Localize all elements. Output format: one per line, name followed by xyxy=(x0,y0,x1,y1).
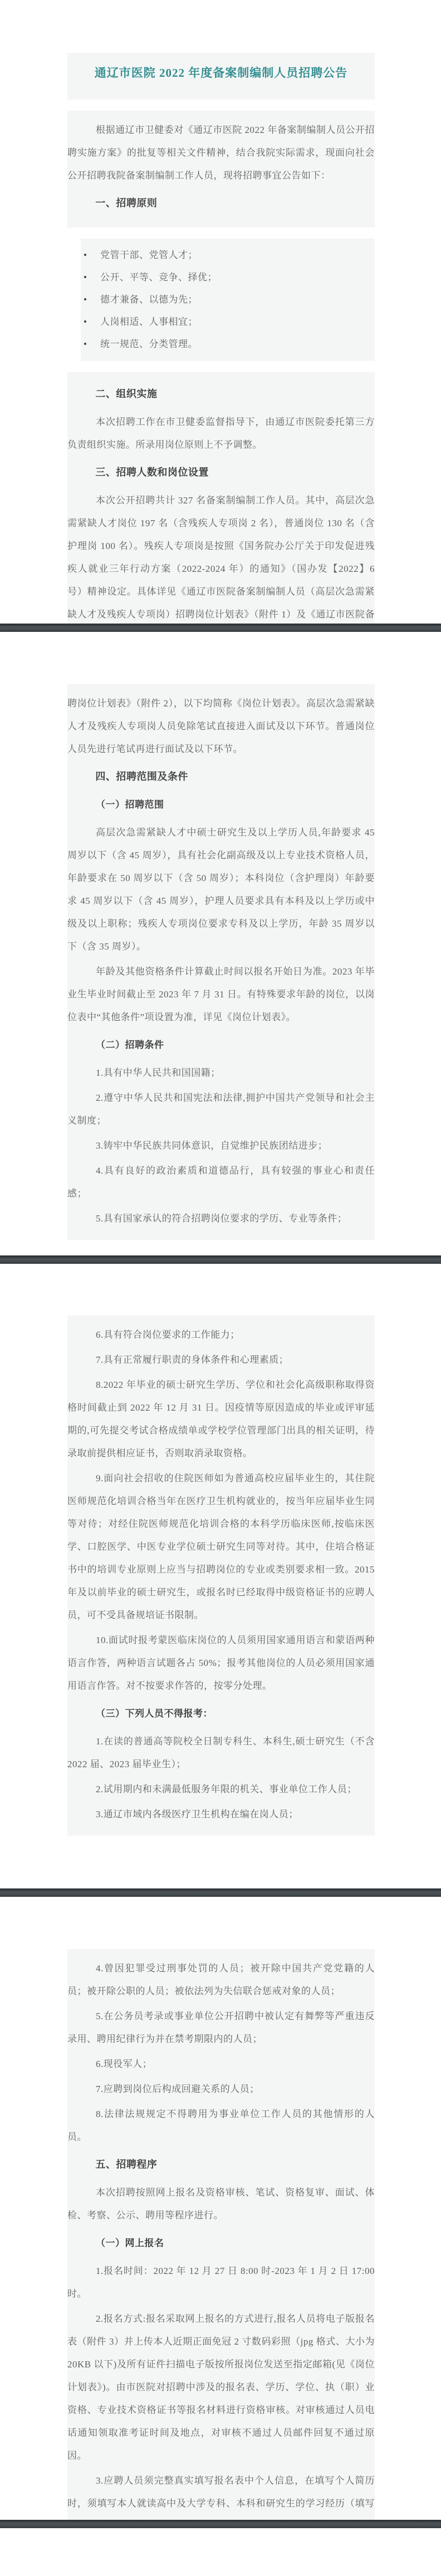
bullet-dot-icon: • xyxy=(81,266,100,289)
paragraph: 3.通辽市域内各级医疗卫生机构在编在岗人员； xyxy=(67,1803,375,1826)
paragraph: 8.法律法规规定不得聘用为事业单位工作人员的其他情形的人员。 xyxy=(67,2103,375,2148)
paragraph: 3.铸牢中华民族共同体意识，自觉维护民族团结进步； xyxy=(67,1134,375,1157)
paragraph: 7.具有正常履行职责的身体条件和心理素质； xyxy=(67,1348,375,1371)
text-block: 聘岗位计划表》（附件 2），以下均简称《岗位计划表》。高层次急需紧缺人才及残疾人… xyxy=(67,684,375,1240)
text-block: 4.曾因犯罪受过刑事处罚的人员；被开除中国共产党党籍的人员；被开除公职的人员；被… xyxy=(67,1949,375,2520)
document-page-2: 聘岗位计划表》（附件 2），以下均简称《岗位计划表》。高层次急需紧缺人才及残疾人… xyxy=(0,632,441,1255)
paragraph: 5.具有国家承认的符合招聘岗位要求的学历、专业等条件； xyxy=(67,1207,375,1230)
paragraph: 4.具有良好的政治素质和道德品行，具有较强的事业心和责任感； xyxy=(67,1159,375,1205)
bullet-text: 人岗相适、人事相宜； xyxy=(100,311,198,333)
section-heading: 五、招聘程序 xyxy=(67,2153,375,2176)
document-page-4: 4.曾因犯罪受过刑事处罚的人员；被开除中国共产党党籍的人员；被开除公职的人员；被… xyxy=(0,1897,441,2520)
document-page-3: 6.具有符合岗位要求的工作能力；7.具有正常履行职责的身体条件和心理素质；8.2… xyxy=(0,1264,441,1888)
document-title: 通辽市医院 2022 年度备案制编制人员招聘公告 xyxy=(67,62,375,84)
title-block: 通辽市医院 2022 年度备案制编制人员招聘公告 xyxy=(67,53,375,100)
sub-heading: （三）下列人员不得报考： xyxy=(67,1702,375,1725)
paragraph: 2.报名方式:报名采取网上报名的方式进行,报名人员将电子版报名表（附件 3）并上… xyxy=(67,2307,375,2467)
sub-heading: （二）招聘条件 xyxy=(67,1034,375,1056)
bullet-dot-icon: • xyxy=(81,333,100,355)
page-separator xyxy=(0,2520,441,2528)
paragraph: 1.报名时间：2022 年 12 月 27 日 8:00 时-2023 年 1 … xyxy=(67,2259,375,2305)
paragraph: 聘岗位计划表》（附件 2），以下均简称《岗位计划表》。高层次急需紧缺人才及残疾人… xyxy=(67,692,375,760)
bullet-text: 德才兼备、以德为先； xyxy=(100,289,198,311)
bullet-item: •德才兼备、以德为先； xyxy=(81,289,375,311)
list-block: •党管干部、党管人才；•公开、平等、竞争、择优；•德才兼备、以德为先；•人岗相适… xyxy=(81,239,375,361)
document-viewer: 通辽市医院 2022 年度备案制编制人员招聘公告根据通辽市卫健委对《通辽市医院 … xyxy=(0,0,441,2576)
paragraph: 高层次急需紧缺人才中硕士研究生及以上学历人员,年龄要求 45 周岁以下（含 45… xyxy=(67,821,375,958)
section-heading: 二、组织实施 xyxy=(67,383,375,406)
page-separator xyxy=(0,624,441,632)
section-heading: 四、招聘范围及条件 xyxy=(67,765,375,788)
bullet-text: 公开、平等、竞争、择优； xyxy=(100,266,217,289)
text-block: 根据通辽市卫健委对《通辽市医院 2022 年备案制编制人员公开招聘实施方案》的批… xyxy=(67,111,375,228)
paragraph: 本次招聘工作在市卫健委监督指导下，由通辽市医院委托第三方负责组织实施。所录用岗位… xyxy=(67,411,375,456)
paragraph: 9.面向社会招收的住院医师如为普通高校应届毕业生的，其住院医师规范化培训合格当年… xyxy=(67,1467,375,1626)
paragraph: 6.现役军人； xyxy=(67,2053,375,2075)
paragraph: 7.应聘到岗位后构成回避关系的人员； xyxy=(67,2078,375,2100)
document-page-1: 通辽市医院 2022 年度备案制编制人员招聘公告根据通辽市卫健委对《通辽市医院 … xyxy=(0,0,441,624)
paragraph: 4.曾因犯罪受过刑事处罚的人员；被开除中国共产党党籍的人员；被开除公职的人员；被… xyxy=(67,1957,375,2003)
bullet-dot-icon: • xyxy=(81,311,100,333)
paragraph: 1.在读的普通高等院校全日制专科生、本科生,硕士研究生（不含 2022 届、20… xyxy=(67,1730,375,1776)
bullet-dot-icon: • xyxy=(81,289,100,311)
section-heading: 一、招聘原则 xyxy=(67,192,375,215)
bullet-text: 党管干部、党管人才； xyxy=(100,244,198,266)
paragraph: 3.应聘人员须完整真实填写报名表中个人信息，在填写个人简历时，须填写本人就读高中… xyxy=(67,2469,375,2520)
text-block: 二、组织实施本次招聘工作在市卫健委监督指导下，由通辽市医院委托第三方负责组织实施… xyxy=(67,372,375,624)
paragraph: 8.2022 年毕业的硕士研究生学历、学位和社会化高级职称取得资格时间截止到 2… xyxy=(67,1373,375,1465)
paragraph: 本次招聘按照网上报名及资格审核、笔试、资格复审、面试、体检、考察、公示、聘用等程… xyxy=(67,2181,375,2227)
paragraph: 2.遵守中华人民共和国宪法和法律,拥护中国共产党领导和社会主义制度； xyxy=(67,1086,375,1132)
sub-heading: （一）招聘范围 xyxy=(67,793,375,816)
bottom-whitespace xyxy=(0,2528,441,2576)
paragraph: 年龄及其他资格条件计算截止时间以报名开始日为准。2023 年毕业生毕业时间截止至… xyxy=(67,960,375,1029)
sub-heading: （一）网上报名 xyxy=(67,2232,375,2254)
paragraph: 2.试用期内和未满最低服务年限的机关、事业单位工作人员； xyxy=(67,1778,375,1801)
paragraph: 1.具有中华人民共和国国籍； xyxy=(67,1061,375,1084)
bullet-item: •统一规范、分类管理。 xyxy=(81,333,375,355)
text-block: 6.具有符合岗位要求的工作能力；7.具有正常履行职责的身体条件和心理素质；8.2… xyxy=(67,1316,375,1836)
bullet-item: •党管干部、党管人才； xyxy=(81,244,375,266)
paragraph: 根据通辽市卫健委对《通辽市医院 2022 年备案制编制人员公开招聘实施方案》的批… xyxy=(67,118,375,187)
paragraph: 10.面试时报考蒙医临床岗位的人员须用国家通用语言和蒙语两种语言作答，两种语言试… xyxy=(67,1629,375,1697)
bullet-item: •人岗相适、人事相宜； xyxy=(81,311,375,333)
paragraph: 5.在公务员考录或事业单位公开招聘中被认定有舞弊等严重违反录用、聘用纪律行为并在… xyxy=(67,2005,375,2050)
bullet-dot-icon: • xyxy=(81,244,100,266)
section-heading: 三、招聘人数和岗位设置 xyxy=(67,461,375,484)
bullet-text: 统一规范、分类管理。 xyxy=(100,333,198,355)
paragraph: 6.具有符合岗位要求的工作能力； xyxy=(67,1323,375,1346)
page-separator xyxy=(0,1255,441,1264)
paragraph: 本次公开招聘共计 327 名备案制编制工作人员。其中，高层次急需紧缺人才岗位 1… xyxy=(67,489,375,624)
bullet-item: •公开、平等、竞争、择优； xyxy=(81,266,375,289)
page-separator xyxy=(0,1888,441,1897)
